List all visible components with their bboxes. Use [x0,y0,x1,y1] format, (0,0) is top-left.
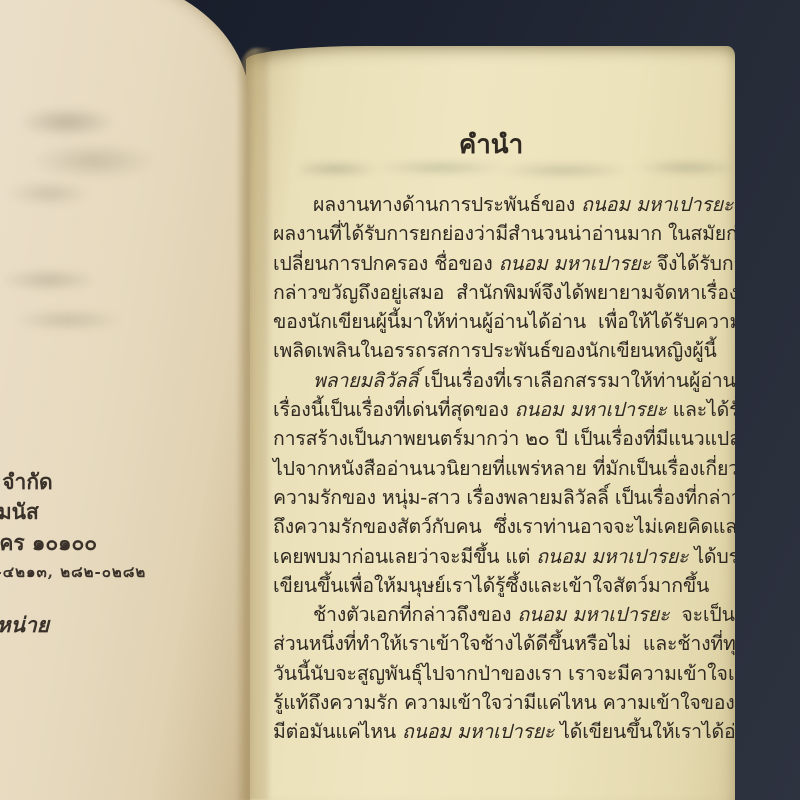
text-line: เรื่องนี้เป็นเรื่องที่เด่นที่สุดของ ถนอม… [273,395,723,424]
bleedthrough-smudge [0,83,175,213]
text-line: เขียนขึ้นเพื่อให้มนุษย์เราได้รู้ซึ้งและเ… [273,571,723,600]
right-page: คำนำ ผลงานทางด้านการประพันธ์ของ ถนอม มหา… [246,46,735,800]
book-gutter [236,48,272,800]
publisher-fragment: นคร ๑๐๑๐๐ [0,527,97,560]
publisher-fragment: ๑-๔๒๑๓, ๒๘๒-๐๒๘๒ [0,560,146,584]
book-photo: คำนำ ผลงานทางด้านการประพันธ์ของ ถนอม มหา… [0,0,800,800]
text-line: ของนักเขียนผู้นี้มาให้ท่านผู้อ่านได้อ่าน… [273,307,723,336]
text-line: ช้างตัวเอกที่กล่าวถึงของ ถนอม มหาเปารยะ … [273,600,723,629]
preface-text: ผลงานทางด้านการประพันธ์ของ ถนอม มหาเปารย… [273,190,723,747]
publisher-fragment: ) จำกัด [0,466,53,499]
text-line: ผลงานที่ได้รับการยกย่องว่ามีสำนวนน่าอ่าน… [273,219,723,248]
left-page: ) จำกัดสมนัสนคร ๑๐๑๐๐๑-๔๒๑๓, ๒๘๒-๐๒๘๒ำหน… [0,0,250,800]
text-line: มีต่อมันแค่ไหน ถนอม มหาเปารยะ ได้เขียนขึ… [273,717,723,746]
text-line: รู้แท้ถึงความรัก ความเข้าใจว่ามีแค่ไหน ค… [273,688,723,717]
text-line: เคยพบมาก่อนเลยว่าจะมีขึ้น แต่ ถนอม มหาเป… [273,542,723,571]
publisher-fragment: ำหน่าย [0,609,49,642]
text-line: ผลงานทางด้านการประพันธ์ของ ถนอม มหาเปารย… [273,190,723,219]
preface-title: คำนำ [273,124,709,165]
publisher-fragment: สมนัส [0,496,39,529]
text-line: เปลี่ยนการปกครอง ชื่อของ ถนอม มหาเปารยะ … [273,249,723,278]
text-line: ความรักของ หนุ่ม-สาว เรื่องพลายมลิวัลลิ์… [273,483,723,512]
text-line: ส่วนหนึ่งที่ทำให้เราเข้าใจช้างได้ดีขึ้นห… [273,629,723,658]
text-line: การสร้างเป็นภาพยนตร์มากว่า ๒๐ ปี เป็นเรื… [273,424,723,453]
bleedthrough-smudge [0,260,120,340]
text-line: วันนี้นับจะสูญพันธุ์ไปจากป่าของเรา เราจะ… [273,659,723,688]
text-line: พลายมลิวัลลิ์ เป็นเรื่องที่เราเลือกสรรมา… [273,366,723,395]
text-line: เพลิดเพลินในอรรถรสการประพันธ์ของนักเขียน… [273,336,723,365]
text-line: กล่าวขวัญถึงอยู่เสมอ สำนักพิมพ์จึงได้พยา… [273,278,723,307]
text-line: ไปจากหนังสืออ่านนวนิยายที่แพร่หลาย ที่มั… [273,454,723,483]
text-line: ถึงความรักของสัตว์กับคน ซึ่งเราท่านอาจจะ… [273,512,723,541]
